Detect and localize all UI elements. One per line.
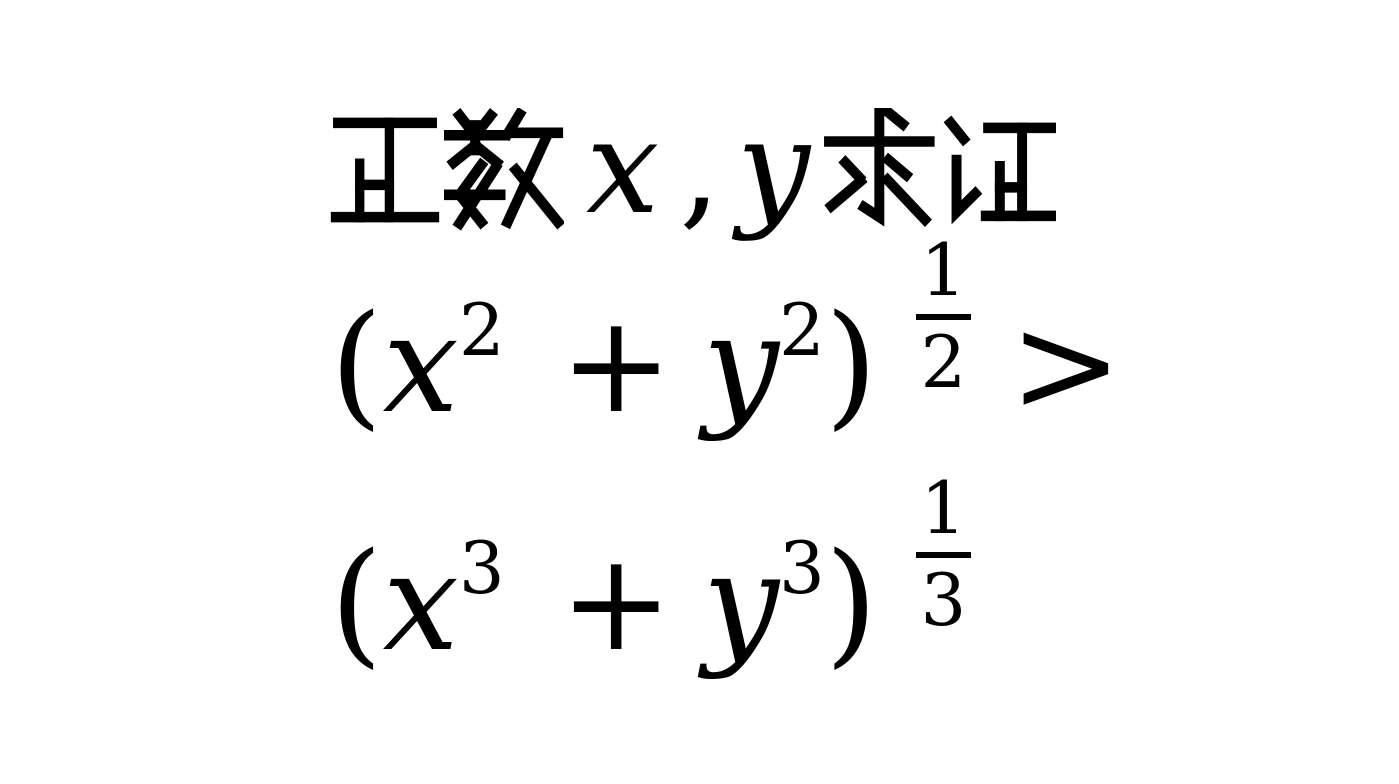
hanzi-shu-glyph <box>444 108 564 232</box>
plus-operator: + <box>560 286 673 443</box>
variable-x-squared-base: x <box>383 286 459 443</box>
inequality-left-side: (x2+y2)12> <box>330 234 1122 432</box>
problem-statement-line: x , y <box>330 108 1056 232</box>
hanzi-zheng2-glyph <box>939 108 1056 232</box>
fraction-denominator: 2 <box>916 320 972 398</box>
fraction-numerator: 1 <box>916 234 972 320</box>
open-paren: ( <box>330 286 383 443</box>
exponent-fraction-one-third: 13 <box>916 472 972 636</box>
variable-x-cubed-base: x <box>383 524 459 681</box>
exponent-2-on-y: 2 <box>779 288 825 372</box>
comma-separator: , <box>679 102 720 232</box>
hanzi-zheng-glyph <box>330 108 440 232</box>
exponent-3-on-y: 3 <box>779 526 825 610</box>
variable-y-squared-base: y <box>703 286 779 443</box>
exponent-2-on-x: 2 <box>459 288 505 372</box>
fraction-denominator: 3 <box>916 558 972 636</box>
close-paren: ) <box>825 524 878 681</box>
fraction-numerator: 1 <box>916 472 972 558</box>
exponent-3-on-x: 3 <box>459 526 505 610</box>
inequality-right-side: (x3+y3)13 <box>330 472 971 670</box>
variable-y-cubed-base: y <box>703 524 779 681</box>
hanzi-qiu-glyph <box>822 108 939 232</box>
variable-x: x <box>586 102 659 232</box>
close-paren: ) <box>825 286 878 443</box>
exponent-fraction-one-half: 12 <box>916 234 972 398</box>
slide-canvas: 正数x , y求证 (x² + y²)^(1/2) > (x³ + y³)^(1… <box>0 0 1399 784</box>
greater-than-sign: > <box>1009 286 1122 443</box>
variable-y: y <box>737 102 810 232</box>
open-paren: ( <box>330 524 383 681</box>
plus-operator: + <box>560 524 673 681</box>
